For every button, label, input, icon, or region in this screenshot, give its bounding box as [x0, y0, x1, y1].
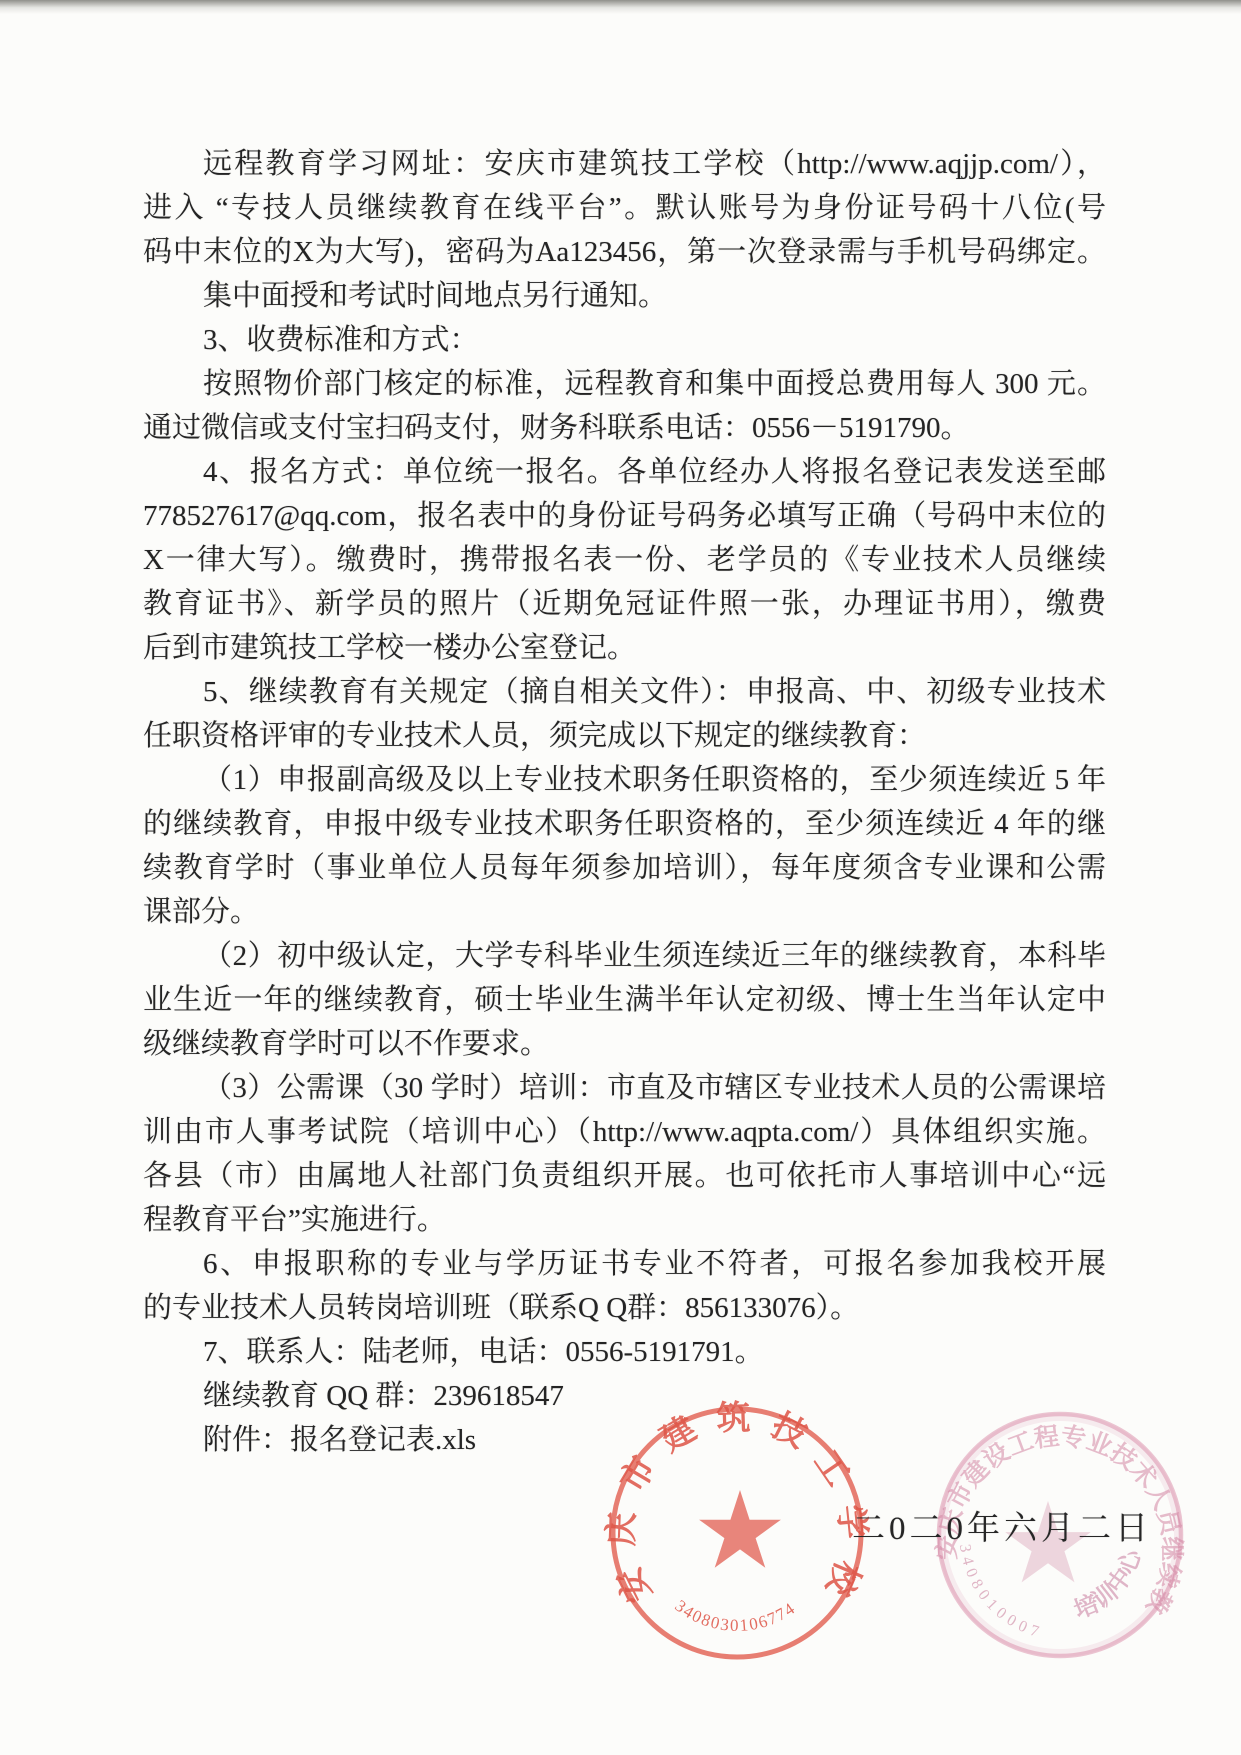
text-line: 5、继续教育有关规定（摘自相关文件）：申报高、中、初级专业技术 [143, 670, 1106, 714]
text-line: 任职资格评审的专业技术人员，须完成以下规定的继续教育： [143, 714, 1106, 758]
text-line: （3）公需课（30 学时）培训：市直及市辖区专业技术人员的公需课培 [143, 1066, 1106, 1110]
text-line: 业生近一年的继续教育，硕士毕业生满半年认定初级、博士生当年认定中 [143, 978, 1106, 1022]
text-line: 7、联系人：陆老师，电话：0556-5191791。 [143, 1330, 1106, 1374]
text-line: 3、收费标准和方式： [143, 318, 1106, 362]
text-line: 程教育平台”实施进行。 [143, 1198, 1106, 1242]
star-icon [699, 1490, 781, 1568]
text-line: 远程教育学习网址：安庆市建筑技工学校（http://www.aqjjp.com/… [143, 142, 1106, 186]
text-line: 4、报名方式：单位统一报名。各单位经办人将报名登记表发送至邮箱： [143, 450, 1106, 494]
text-line: （1）申报副高级及以上专业技术职务任职资格的，至少须连续近 5 年 [143, 758, 1106, 802]
text-line: 通过微信或支付宝扫码支付，财务科联系电话：0556－5191790。 [143, 406, 1106, 450]
text-line: 续教育学时（事业单位人员每年须参加培训），每年度须含专业课和公需 [143, 846, 1106, 890]
text-line: 训由市人事考试院（培训中心）（http://www.aqpta.com/）具体组… [143, 1110, 1106, 1154]
scan-artifact-top-band [0, 0, 1241, 14]
text-line: 的继续教育，申报中级专业技术职务任职资格的，至少须连续近 4 年的继 [143, 802, 1106, 846]
text-line: 教育证书》、新学员的照片（近期免冠证件照一张，办理证书用），缴费 [143, 582, 1106, 626]
text-line: 进入 “专技人员继续教育在线平台”。默认账号为身份证号码十八位(号 [143, 186, 1106, 230]
text-line: X一律大写）。缴费时，携带报名表一份、老学员的《专业技术人员继续 [143, 538, 1106, 582]
text-line: 后到市建筑技工学校一楼办公室登记。 [143, 626, 1106, 670]
text-line: 级继续教育学时可以不作要求。 [143, 1022, 1106, 1066]
text-line: 的专业技术人员转岗培训班（联系Q Q群：856133076）。 [143, 1286, 1106, 1330]
text-line: 778527617@qq.com，报名表中的身份证号码务必填写正确（号码中末位的 [143, 494, 1106, 538]
stamp-school-seal: 安庆市建筑技工学校 3408030106774 [602, 1399, 872, 1657]
scanned-notice-page: 远程教育学习网址：安庆市建筑技工学校（http://www.aqjjp.com/… [0, 0, 1241, 1755]
notice-date: 二0二0年六月二日 [852, 1502, 1152, 1549]
text-line: 课部分。 [143, 890, 1106, 934]
notice-body-text: 远程教育学习网址：安庆市建筑技工学校（http://www.aqjjp.com/… [143, 142, 1106, 1462]
text-line: 各县（市）由属地人社部门负责组织开展。也可依托市人事培训中心“远 [143, 1154, 1106, 1198]
text-line: 集中面授和考试时间地点另行通知。 [143, 274, 1106, 318]
stamp-inner-text: 培训中心 [1070, 1545, 1148, 1624]
text-line: 码中末位的X为大写)，密码为Aa123456，第一次登录需与手机号码绑定。 [143, 230, 1106, 274]
text-line: 按照物价部门核定的标准，远程教育和集中面授总费用每人 300 元。 [143, 362, 1106, 406]
text-line: 6、申报职称的专业与学历证书专业不符者，可报名参加我校开展 [143, 1242, 1106, 1286]
text-line: （2）初中级认定，大学专科毕业生须连续近三年的继续教育，本科毕 [143, 934, 1106, 978]
stamp-code: 3408030106774 [671, 1596, 798, 1635]
